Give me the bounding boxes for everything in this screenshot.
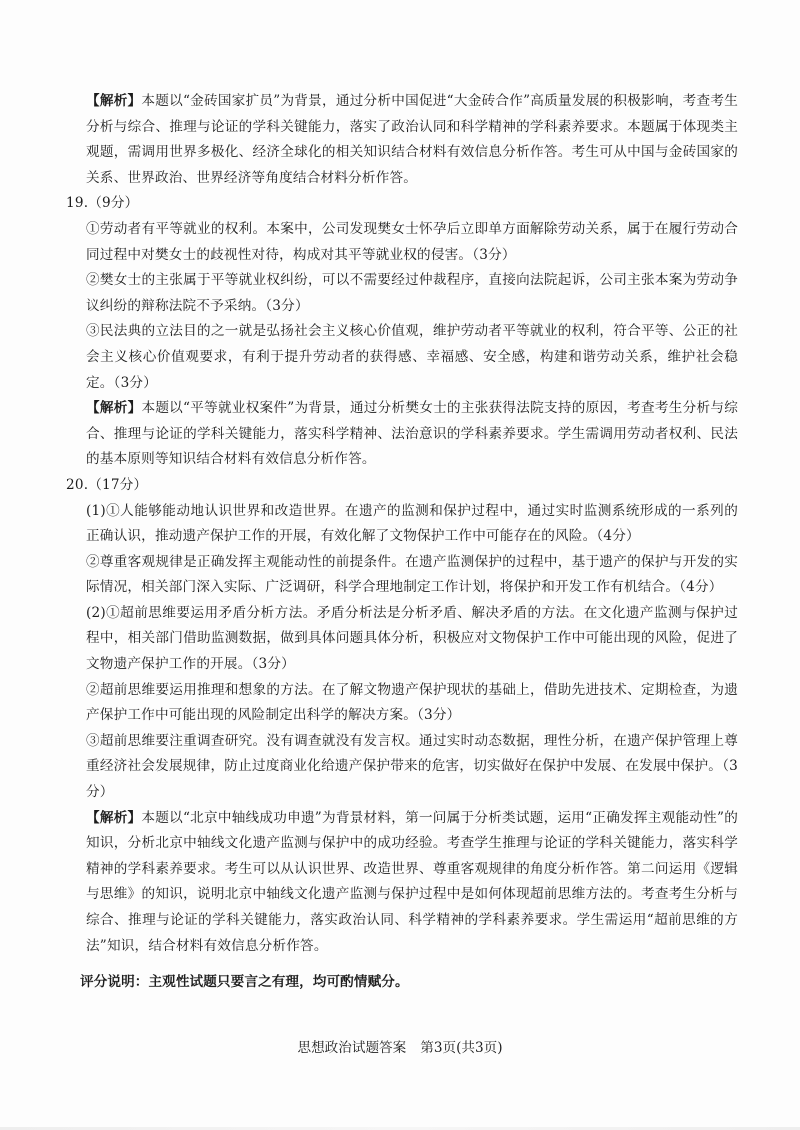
analysis-tag: 【解析】 [86, 400, 141, 416]
footer-page-number: 第3页(共3页) [420, 1036, 502, 1056]
analysis-text: 本题以“金砖国家扩员”为背景，通过分析中国促进“大金砖合作”高质量发展的积极影响… [86, 93, 738, 186]
q18-analysis: 【解析】本题以“金砖国家扩员”为背景，通过分析中国促进“大金砖合作”高质量发展的… [86, 89, 738, 191]
q20-point-1-2: ②尊重客观规律是正确发挥主观能动性的前提条件。在遗产监测保护的过程中，基于遗产的… [86, 550, 738, 601]
footer-title: 思想政治试题答案 [297, 1036, 406, 1056]
answer-key-page: 【解析】本题以“金砖国家扩员”为背景，通过分析中国促进“大金砖合作”高质量发展的… [0, 0, 800, 1130]
q19-analysis: 【解析】本题以“平等就业权案件”为背景，通过分析樊女士的主张获得法院支持的原因，… [86, 396, 738, 473]
analysis-text: 本题以“北京中轴线成功申遗”为背景材料，第一问属于分析类试题，运用“正确发挥主观… [86, 810, 738, 954]
q20-heading: 20.（17分） [66, 473, 738, 499]
q19-point-2: ②樊女士的主张属于平等就业权纠纷，可以不需要经过仲裁程序，直接向法院起诉，公司主… [86, 268, 738, 319]
analysis-tag: 【解析】 [86, 93, 141, 109]
q19-point-3: ③民法典的立法目的之一就是弘扬社会主义核心价值观，维护劳动者平等就业的权利，符合… [86, 319, 738, 396]
q20-point-2-2: ②超前思维要运用推理和想象的方法。在了解文物遗产保护现状的基础上，借助先进技术、… [86, 678, 738, 729]
scoring-note: 评分说明：主观性试题只要言之有理，均可酌情赋分。 [80, 970, 409, 990]
answer-content: 【解析】本题以“金砖国家扩员”为背景，通过分析中国促进“大金砖合作”高质量发展的… [86, 89, 738, 959]
analysis-tag: 【解析】 [86, 810, 141, 826]
q20-point-2-1: (2)①超前思维要运用矛盾分析方法。矛盾分析法是分析矛盾、解决矛盾的方法。在文化… [86, 601, 738, 678]
page-footer: 思想政治试题答案第3页(共3页) [0, 1036, 800, 1056]
q19-heading: 19.（9分） [66, 191, 738, 217]
q20-analysis: 【解析】本题以“北京中轴线成功申遗”为背景材料，第一问属于分析类试题，运用“正确… [86, 806, 738, 960]
q20-point-2-3: ③超前思维要注重调查研究。没有调查就没有发言权。通过实时动态数据，理性分析，在遗… [86, 729, 738, 806]
analysis-text: 本题以“平等就业权案件”为背景，通过分析樊女士的主张获得法院支持的原因，考查考生… [86, 400, 738, 467]
q20-point-1-1: (1)①人能够能动地认识世界和改造世界。在遗产的监测和保护过程中，通过实时监测系… [86, 499, 738, 550]
q19-point-1: ①劳动者有平等就业的权利。本案中，公司发现樊女士怀孕后立即单方面解除劳动关系，属… [86, 217, 738, 268]
